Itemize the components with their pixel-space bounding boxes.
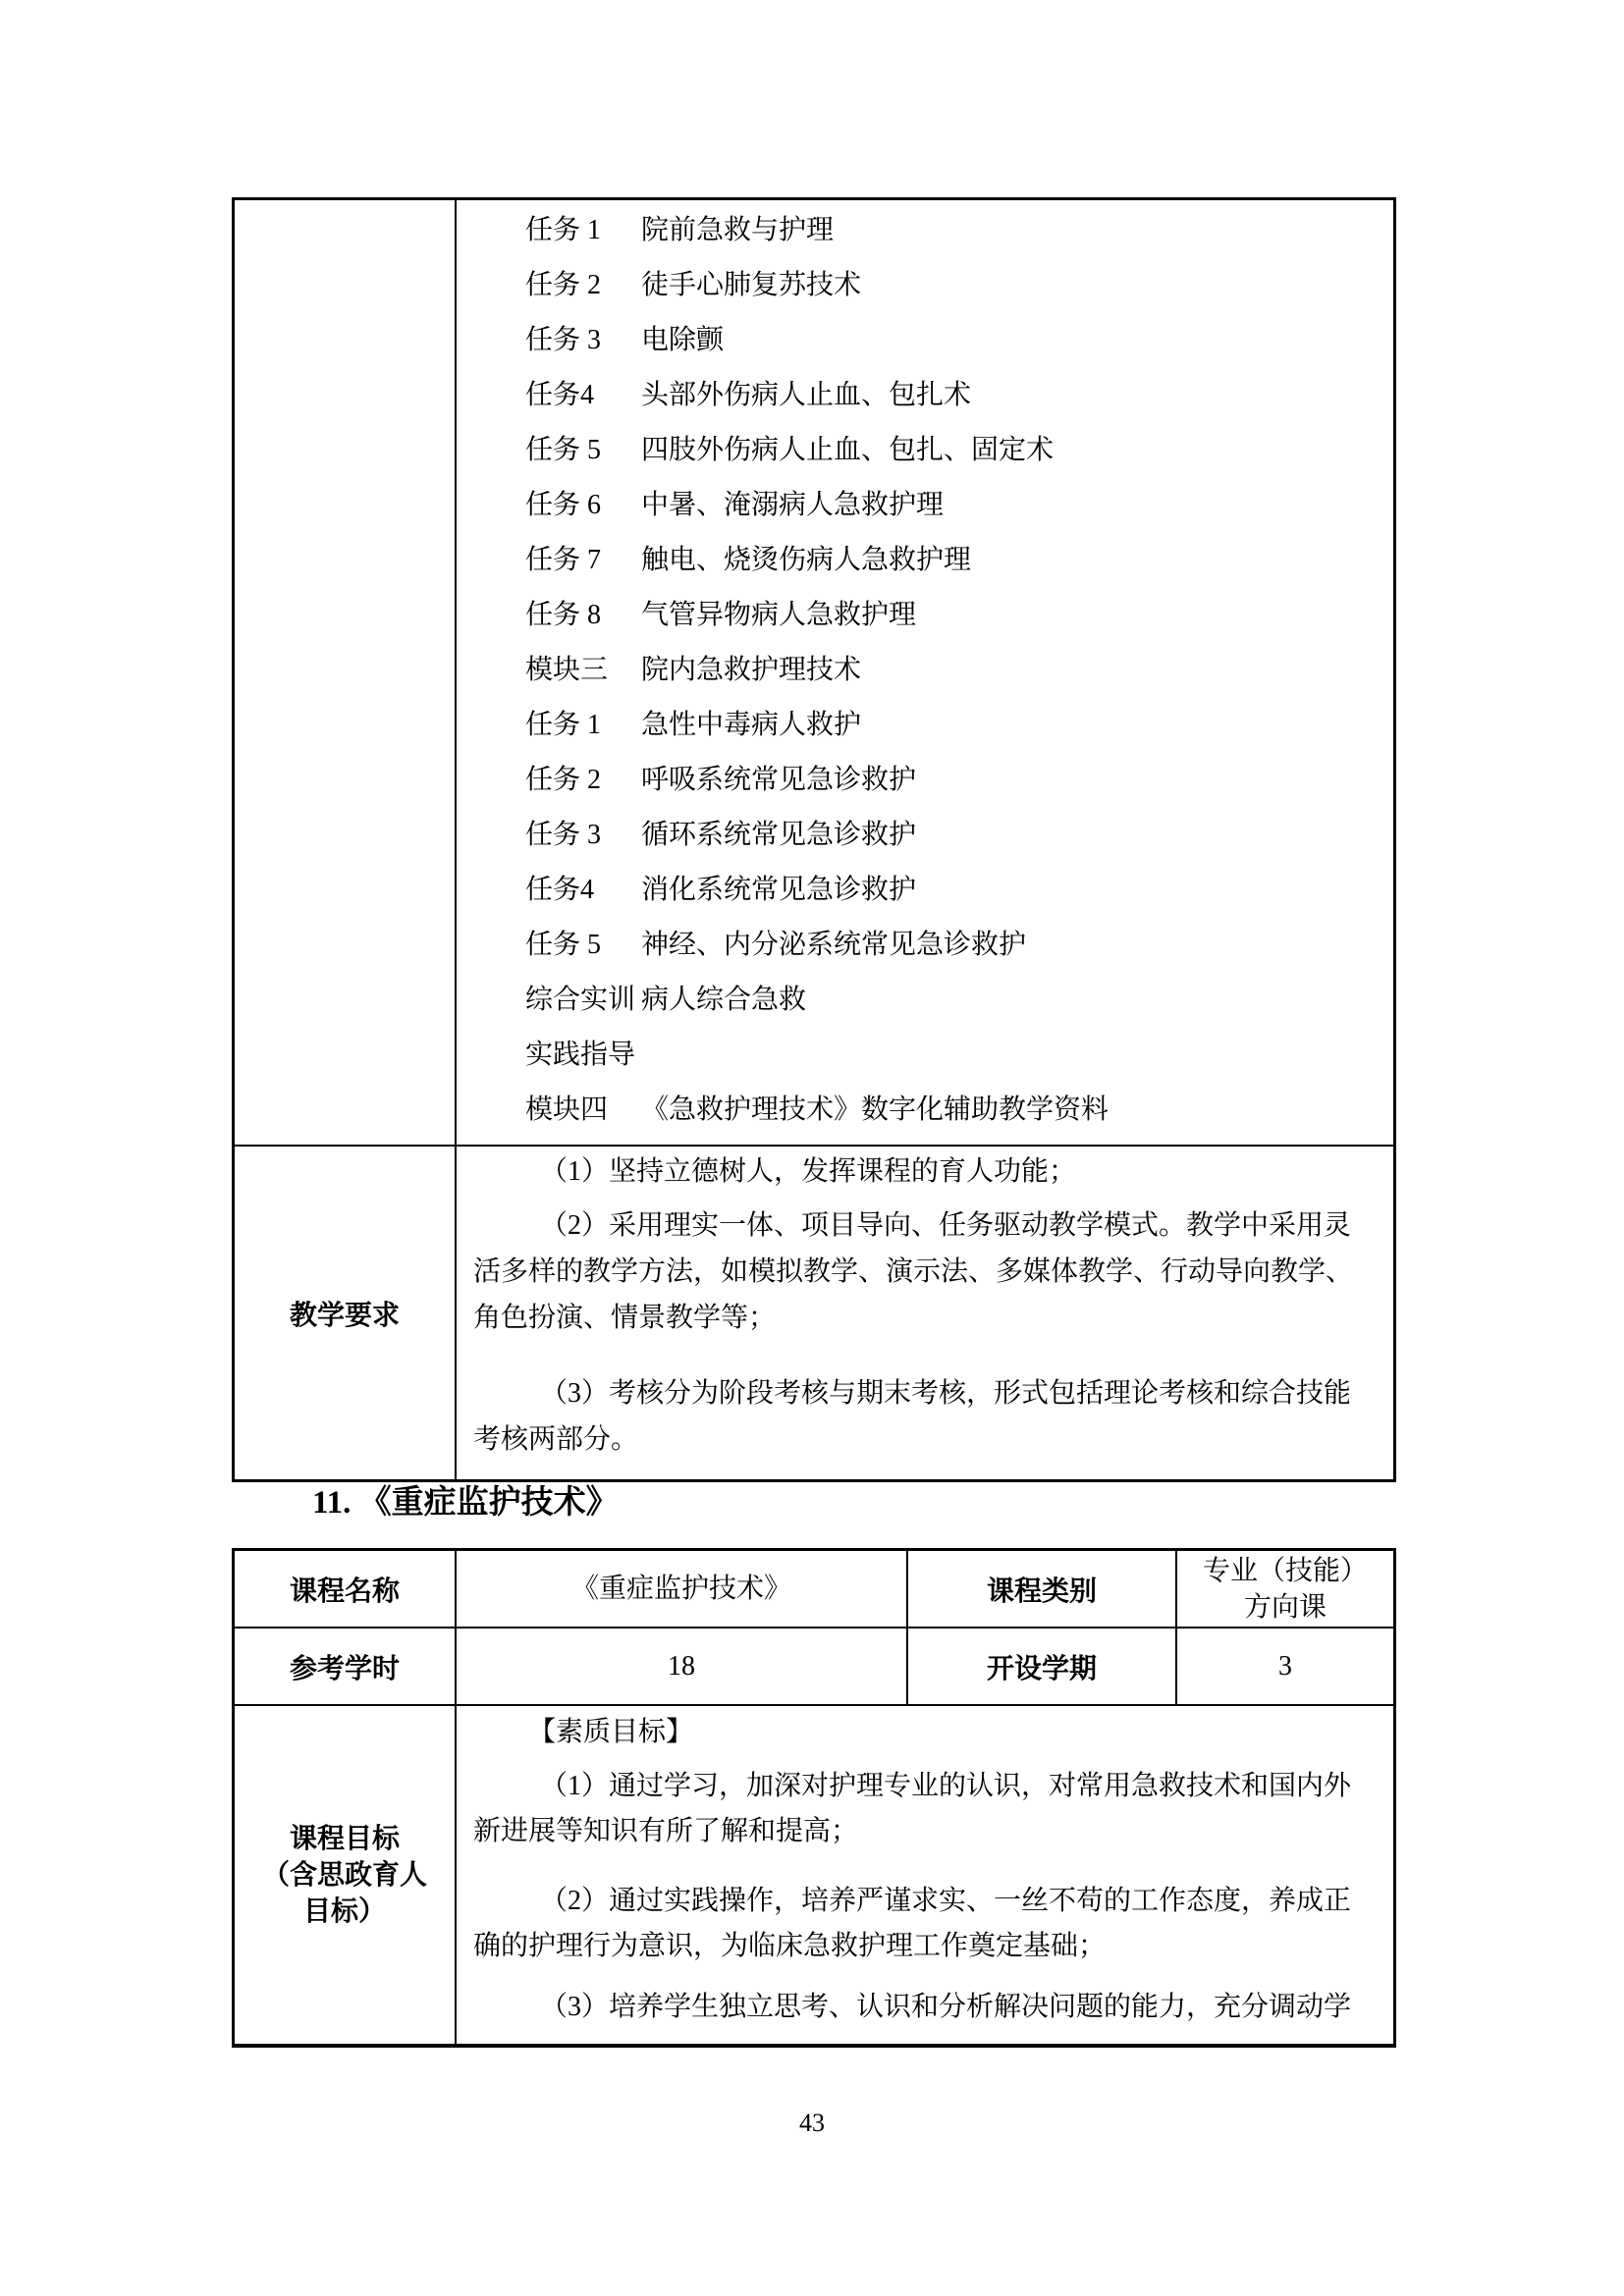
course-objectives-header-line: （含思政育人 (262, 1857, 427, 1894)
task-line: 任务4消化系统常见急诊救护 (525, 860, 1383, 915)
practice-line: 综合实训病人综合急救 (525, 970, 1383, 1025)
teaching-requirements-content: （1）坚持立德树人，发挥课程的育人功能； （2）采用理实一体、项目导向、任务驱动… (457, 1147, 1393, 1479)
task-line: 任务 1急性中毒病人救护 (525, 695, 1383, 750)
task-title: 神经、内分泌系统常见急诊救护 (641, 923, 1026, 962)
task-line: 任务 5四肢外伤病人止血、包扎、固定术 (525, 420, 1383, 475)
course-category-line: 方向课 (1244, 1589, 1326, 1626)
task-title: 呼吸系统常见急诊救护 (641, 758, 916, 797)
module-line: 模块四《急救护理技术》数字化辅助教学资料 (525, 1080, 1383, 1135)
task-list-cell: 任务 1院前急救与护理 任务 2徒手心肺复苏技术 任务 3电除颤 任务4头部外伤… (457, 200, 1393, 1147)
task-title: 消化系统常见急诊救护 (641, 868, 916, 907)
teaching-requirement-paragraph: （1）坚持立德树人，发挥课程的育人功能； (473, 1148, 1377, 1195)
task-line: 任务 7触电、烧烫伤病人急救护理 (525, 530, 1383, 585)
task-title: 中暑、淹溺病人急救护理 (641, 483, 944, 522)
task-line: 任务 2呼吸系统常见急诊救护 (525, 750, 1383, 805)
practice-label: 综合实训 (525, 978, 641, 1017)
task-number: 任务 2 (525, 758, 641, 797)
task-title: 院前急救与护理 (641, 208, 834, 247)
task-title: 触电、烧烫伤病人急救护理 (641, 538, 971, 577)
quality-goal-label: 【素质目标】 (473, 1710, 1377, 1755)
module-line: 模块三院内急救护理技术 (525, 640, 1383, 695)
course-objectives-header-line: 目标） (303, 1894, 386, 1930)
reference-hours-label: 参考学时 (235, 1629, 457, 1706)
task-number: 任务 5 (525, 428, 641, 467)
task-number: 任务 2 (525, 263, 641, 302)
practice-guide-line: 实践指导 (525, 1025, 1383, 1080)
practice-title: 病人综合急救 (641, 978, 806, 1017)
task-title: 循环系统常见急诊救护 (641, 813, 916, 852)
task-number: 任务4 (525, 868, 641, 907)
course-objectives-header: 课程目标 （含思政育人 目标） (235, 1706, 457, 2044)
module-number: 模块四 (525, 1088, 641, 1127)
course-objectives-header-line: 课程目标 (290, 1821, 400, 1857)
task-number: 任务4 (525, 373, 641, 412)
module-title: 院内急救护理技术 (641, 648, 861, 687)
course-content-table: 任务 1院前急救与护理 任务 2徒手心肺复苏技术 任务 3电除颤 任务4头部外伤… (232, 197, 1396, 1482)
practice-guide-label: 实践指导 (525, 1033, 641, 1072)
task-title: 急性中毒病人救护 (641, 703, 861, 742)
task-line: 任务4头部外伤病人止血、包扎术 (525, 365, 1383, 420)
task-title: 四肢外伤病人止血、包扎、固定术 (641, 428, 1054, 467)
objective-paragraph: （1）通过学习，加深对护理专业的认识，对常用急救技术和国内外新进展等知识有所了解… (473, 1764, 1377, 1854)
course-category-value: 专业（技能） 方向课 (1177, 1551, 1393, 1629)
task-number: 任务 7 (525, 538, 641, 577)
course-category-line: 专业（技能） (1203, 1553, 1368, 1589)
task-line: 任务 6中暑、淹溺病人急救护理 (525, 475, 1383, 530)
task-title: 气管异物病人急救护理 (641, 593, 916, 632)
course-name-label: 课程名称 (235, 1551, 457, 1629)
task-number: 任务 5 (525, 923, 641, 962)
empty-header-cell (235, 200, 457, 1147)
task-number: 任务 3 (525, 813, 641, 852)
document-page: { "page": { "number": "43" }, "heading":… (0, 0, 1624, 2296)
task-number: 任务 6 (525, 483, 641, 522)
teaching-requirements-header: 教学要求 (235, 1147, 457, 1479)
course-info-table: 课程名称 《重症监护技术》 课程类别 专业（技能） 方向课 参考学时 18 开设… (232, 1548, 1396, 2048)
task-line: 任务 3电除颤 (525, 310, 1383, 365)
course-name-value: 《重症监护技术》 (457, 1551, 908, 1629)
task-line: 任务 8气管异物病人急救护理 (525, 585, 1383, 640)
task-title: 徒手心肺复苏技术 (641, 263, 861, 302)
objective-paragraph: （2）通过实践操作，培养严谨求实、一丝不苟的工作态度，养成正确的护理行为意识，为… (473, 1879, 1377, 1969)
page-number: 43 (0, 2109, 1624, 2138)
semester-label: 开设学期 (908, 1629, 1177, 1706)
task-title: 电除颤 (641, 318, 724, 357)
module-number: 模块三 (525, 648, 641, 687)
section-heading: 11. 《重症监护技术》 (312, 1481, 619, 1524)
task-number: 任务 8 (525, 593, 641, 632)
teaching-requirement-paragraph: （2）采用理实一体、项目导向、任务驱动教学模式。教学中采用灵活多样的教学方法，如… (473, 1202, 1377, 1341)
task-line: 任务 2徒手心肺复苏技术 (525, 255, 1383, 310)
semester-value: 3 (1177, 1629, 1393, 1706)
reference-hours-value: 18 (457, 1629, 908, 1706)
task-number: 任务 1 (525, 703, 641, 742)
course-category-label: 课程类别 (908, 1551, 1177, 1629)
objective-paragraph: （3）培养学生独立思考、认识和分析解决问题的能力，充分调动学 (473, 1985, 1377, 2030)
task-line: 任务 5神经、内分泌系统常见急诊救护 (525, 915, 1383, 970)
task-line: 任务 1院前急救与护理 (525, 200, 1383, 255)
task-number: 任务 3 (525, 318, 641, 357)
task-line: 任务 3循环系统常见急诊救护 (525, 805, 1383, 860)
course-objectives-content: 【素质目标】 （1）通过学习，加深对护理专业的认识，对常用急救技术和国内外新进展… (457, 1706, 1393, 2044)
teaching-requirement-paragraph: （3）考核分为阶段考核与期末考核，形式包括理论考核和综合技能考核两部分。 (473, 1370, 1377, 1463)
task-number: 任务 1 (525, 208, 641, 247)
task-title: 头部外伤病人止血、包扎术 (641, 373, 971, 412)
module-title: 《急救护理技术》数字化辅助教学资料 (641, 1088, 1109, 1127)
